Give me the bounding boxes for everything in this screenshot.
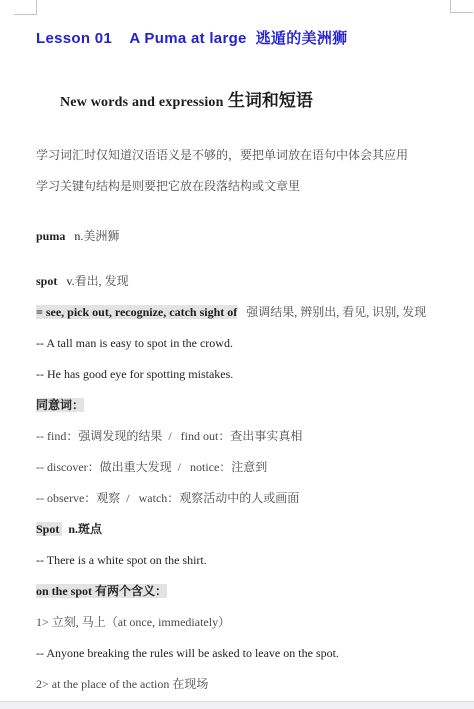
text-segment: -- Anyone breaking the rules will be ask…: [36, 646, 339, 660]
text-segment: 学习关键句结构是则要把它放在段落结构或文章里: [36, 179, 300, 193]
doc-line: -- discover：做出重大发现 / notice：注意到: [36, 460, 454, 474]
text-segment: puma: [36, 229, 65, 243]
text-segment: n.斑点: [62, 522, 102, 536]
text-segment: spot: [36, 274, 57, 288]
text-segment: -- There is a white spot on the shirt.: [36, 553, 207, 567]
text-segment: 学习词汇时仅知道汉语语义是不够的，要把单词放在语句中体会其应用: [36, 148, 408, 162]
section-heading: New words and expression 生词和短语: [36, 71, 454, 133]
doc-line: -- He has good eye for spotting mistakes…: [36, 367, 454, 381]
doc-line: -- observe：观察 / watch：观察活动中的人或画面: [36, 491, 454, 505]
text-segment: -- observe：观察 / watch：观察活动中的人或画面: [36, 491, 299, 505]
doc-line: -- There is a white spot on the shirt.: [36, 553, 454, 567]
text-segment: = see, pick out, recognize, catch sight …: [36, 305, 237, 319]
crop-line-horizontal: [14, 14, 37, 15]
doc-line: puma n.美洲狮: [36, 229, 454, 243]
text-segment: Spot: [36, 522, 62, 536]
doc-line: spot v.看出, 发现: [36, 274, 454, 288]
document-page: Lesson 01 A Puma at large 逃遁的美洲狮 New wor…: [0, 0, 474, 709]
section-heading-english: New words and expression: [60, 95, 224, 110]
text-segment: 1> 立刻, 马上（at once, immediately）: [36, 615, 230, 629]
text-segment: 同意词：: [36, 398, 84, 412]
doc-line: 学习词汇时仅知道汉语语义是不够的，要把单词放在语句中体会其应用: [36, 148, 454, 162]
text-segment: -- find：强调发现的结果 / find out：查出事实真相: [36, 429, 302, 443]
doc-line: on the spot 有两个含义：: [36, 584, 454, 598]
text-segment: -- He has good eye for spotting mistakes…: [36, 367, 233, 381]
text-segment: -- A tall man is easy to spot in the cro…: [36, 336, 233, 350]
text-segment: 强调结果, 辨别出, 看见, 识别, 发现: [237, 305, 426, 319]
text-segment: -- discover：做出重大发现 / notice：注意到: [36, 460, 267, 474]
doc-line: 1> 立刻, 马上（at once, immediately）: [36, 615, 454, 629]
lesson-title: Lesson 01 A Puma at large 逃遁的美洲狮: [36, 30, 454, 47]
section-heading-chinese: 生词和短语: [224, 91, 313, 110]
text-segment: 看出, 发现: [75, 274, 129, 288]
page-bottom-gap: [0, 701, 474, 709]
doc-line: 学习关键句结构是则要把它放在段落结构或文章里: [36, 179, 454, 193]
text-segment: v.: [57, 274, 74, 288]
text-segment: n.: [65, 229, 83, 243]
doc-line: Spot n.斑点: [36, 522, 454, 536]
text-segment: 2> at the place of the action 在现场: [36, 677, 208, 691]
doc-line: -- find：强调发现的结果 / find out：查出事实真相: [36, 429, 454, 443]
doc-line: -- Anyone breaking the rules will be ask…: [36, 646, 454, 660]
doc-line: 同意词：: [36, 398, 454, 412]
text-segment: 美洲狮: [83, 229, 119, 243]
doc-line: 2> at the place of the action 在现场: [36, 677, 454, 691]
doc-line: -- A tall man is easy to spot in the cro…: [36, 336, 454, 350]
text-segment: on the spot 有两个含义：: [36, 584, 167, 598]
document-content: Lesson 01 A Puma at large 逃遁的美洲狮 New wor…: [36, 0, 454, 708]
doc-line: = see, pick out, recognize, catch sight …: [36, 305, 454, 319]
document-body: 学习词汇时仅知道汉语语义是不够的，要把单词放在语句中体会其应用学习关键句结构是则…: [36, 148, 454, 691]
